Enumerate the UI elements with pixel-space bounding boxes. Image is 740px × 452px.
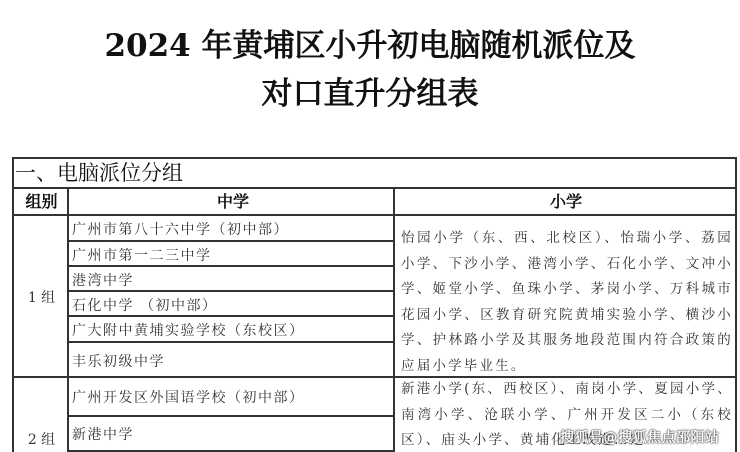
document-title-line-2: 对口直升分组表 (0, 68, 740, 113)
group-label: 2 组 (14, 421, 69, 452)
middle-school-cell: 广州开发区外国语学校（初中部） (69, 378, 395, 416)
middle-school-cell: 石化中学 （初中部） (69, 292, 395, 317)
group-label: 1 组 (14, 216, 69, 378)
primary-school-list: 怡园小学（东、西、北校区）、怡瑞小学、荔园小学、下沙小学、港湾小学、石化小学、文… (397, 226, 735, 379)
middle-school-cell: 新港中学 (69, 417, 395, 451)
middle-school-cell: 广州市第一二三中学 (69, 242, 395, 267)
middle-school-cell: 广州市第八十六中学（初中部） (69, 216, 395, 242)
middle-school-cell: 港湾中学 (69, 267, 395, 292)
middle-school-cell: 广大附中黄埔实验学校（东校区） (69, 317, 395, 342)
header-middle-school: 中学 (69, 189, 397, 216)
watermark: 搜狐号@搜狐焦点邵阳站 (560, 427, 720, 447)
document-title-line-1: 2024 年黄埔区小升初电脑随机派位及 (0, 20, 740, 65)
section-heading: 一、电脑派位分组 (14, 159, 735, 189)
header-primary-school: 小学 (397, 189, 735, 216)
header-group: 组别 (14, 189, 69, 216)
allocation-table: 一、电脑派位分组 组别 中学 小学 广州市第八十六中学（初中部） 广州市第一二三… (12, 157, 737, 452)
middle-school-cell: 丰乐初级中学 (69, 343, 395, 378)
